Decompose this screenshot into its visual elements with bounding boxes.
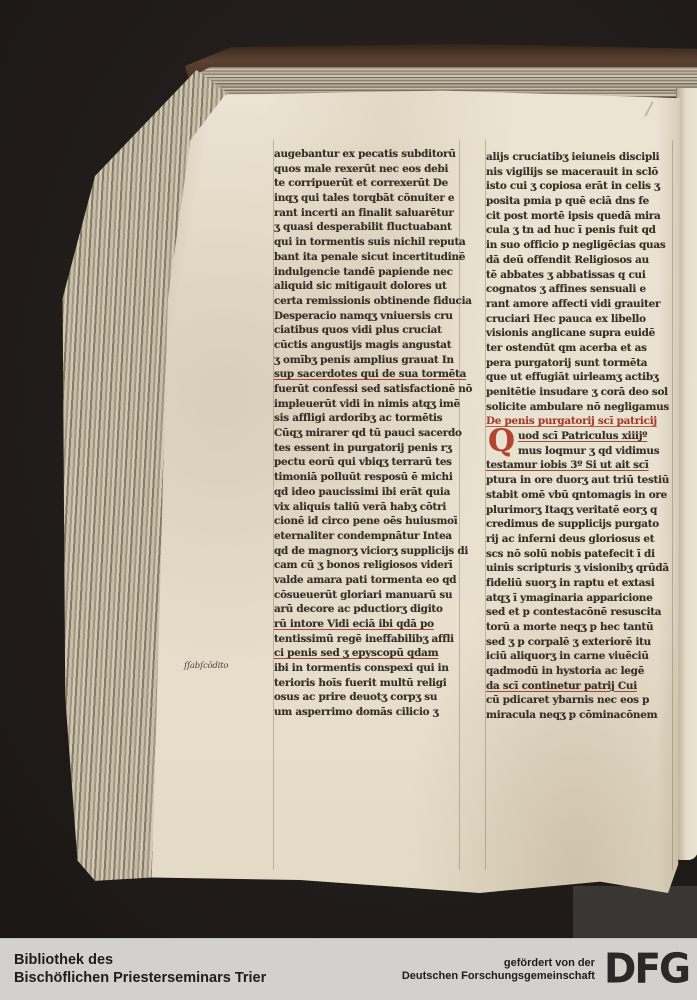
manuscript-line: nis vigilijs se macerauit in sclō: [486, 165, 676, 180]
manuscript-line: stabit omē vbū qntomagis in ore: [486, 488, 676, 503]
caption-bar: Bibliothek des Bischöflichen Priestersem…: [0, 938, 697, 1000]
manuscript-line: bant ita penale sicut incertitudinē: [274, 250, 464, 265]
manuscript-line: posita pmia p quē eciā dns fe: [486, 194, 676, 209]
manuscript-line: certa remissionis obtinende fiducia: [274, 294, 464, 309]
manuscript-line: sup sacerdotes qui de sua tormēta: [274, 367, 464, 382]
manuscript-line: alijs cruciatibʒ ieiuneis discipli: [486, 150, 676, 165]
manuscript-line: sed ʒ p corpalē ʒ exteriorē itu: [486, 635, 676, 650]
manuscript-line: atqʒ ī ymaginaria apparicione: [486, 591, 676, 606]
manuscript-line: timoniā polluūt resposū ē michi: [274, 470, 464, 485]
manuscript-line: miracula neqʒ p cōminacōnem: [486, 708, 676, 723]
rubricated-initial: Q: [488, 426, 515, 456]
text-column-left: augebantur ex pecatis subditorūquos male…: [274, 147, 464, 720]
ink-offset-mark: [644, 101, 653, 116]
manuscript-line: qd ideo paucissimi ibi erāt quia: [274, 485, 464, 500]
manuscript-line: cit post mortē ipsis quedā mira: [486, 209, 676, 224]
manuscript-line: impleuerūt vidi in nimis atqʒ imē: [274, 397, 464, 412]
manuscript-line: cula ʒ tn ad huc ī penis fuit qd: [486, 223, 676, 238]
manuscript-line: in suo officio p negligēcias quas: [486, 238, 676, 253]
photo-stage: 101 augebantur ex pecatis subditorūquos …: [0, 0, 697, 938]
manuscript-line: Cūqʒ mirarer qd tū pauci sacerdo: [274, 426, 464, 441]
funding-credit-line2: Deutschen Forschungsgemeinschaft: [402, 970, 595, 983]
manuscript-line: isto cui ʒ copiosa erāt in celis ʒ: [486, 179, 676, 194]
library-credit-line1: Bibliothek des: [14, 952, 266, 970]
manuscript-line: terioris hoīs fuerit multū religi: [274, 676, 464, 691]
manuscript-line: rū intore Vidi eciā ibi qdā po: [274, 617, 464, 632]
manuscript-line: fideliū suorʒ in raptu et extasi: [486, 576, 676, 591]
funding-credit-block: gefördert von der Deutschen Forschungsge…: [402, 950, 689, 990]
manuscript-line: sed et p contestacōnē resuscita: [486, 605, 676, 620]
manuscript-line: eternaliter condempnātur Intea: [274, 529, 464, 544]
manuscript-line: ʒ quasi desperabilit fluctuabant: [274, 220, 464, 235]
text-column-right: alijs cruciatibʒ ieiuneis disciplinis vi…: [486, 150, 676, 723]
manuscript-line: ibi in tormentis conspexi qui in: [274, 661, 464, 676]
library-credit: Bibliothek des Bischöflichen Priestersem…: [14, 952, 266, 987]
manuscript-line: aliquid sic mitigauit dolores ut: [274, 279, 464, 294]
manuscript-line: visionis anglicane supra euidē: [486, 326, 676, 341]
manuscript-line: Desperacio namqʒ vniuersis cru: [274, 309, 464, 324]
manuscript-line: rij ac inferni deus gloriosus et: [486, 532, 676, 547]
manuscript-line: inqʒ qui tales torqbāt cōnuiter e: [274, 191, 464, 206]
manuscript-line: penitētie insudare ʒ corā deo sol: [486, 385, 676, 400]
manuscript-line: ʒ omībʒ penis amplius grauat In: [274, 353, 464, 368]
manuscript-line: ptura in ore duorʒ aut triū testiū: [486, 473, 676, 488]
manuscript-page: 101 augebantur ex pecatis subditorūquos …: [148, 85, 683, 897]
library-credit-line2: Bischöflichen Priesterseminars Trier: [14, 970, 266, 988]
manuscript-line: tes essent in purgatorij penis rʒ: [274, 441, 464, 456]
manuscript-line: indulgencie tandē papiende nec: [274, 265, 464, 280]
marginal-note: ſſabſcōdito: [184, 661, 228, 671]
funding-credit-line1: gefördert von der: [402, 957, 595, 970]
manuscript-line: uinis scripturis ʒ visionibʒ qrūdā: [486, 561, 676, 576]
manuscript-line: pera purgatorij sunt tormēta: [486, 356, 676, 371]
manuscript-line: valde amara pati tormenta eo qd: [274, 573, 464, 588]
manuscript-line: ci penis sed ʒ epyscopū qdam: [274, 646, 464, 661]
manuscript-line: rant amore affecti vidi grauiter: [486, 297, 676, 312]
funding-credit: gefördert von der Deutschen Forschungsge…: [402, 957, 595, 983]
manuscript-line: augebantur ex pecatis subditorū: [274, 147, 464, 162]
manuscript-line: arū decore ac pductiorʒ digito: [274, 602, 464, 617]
manuscript-line: cognatos ʒ affines sensuali e: [486, 282, 676, 297]
manuscript-line: quos male rexerūt nec eos debi: [274, 162, 464, 177]
manuscript-line: plurimorʒ Itaqʒ veritatē eorʒ q: [486, 503, 676, 518]
manuscript-line: qd de magnorʒ viciorʒ supplicijs di: [274, 544, 464, 559]
manuscript-line: cam cū ʒ bonos religiosos viderī: [274, 558, 464, 573]
manuscript-line: uod scī Patriculus xiiijºQ: [486, 429, 676, 444]
manuscript-line: fuerūt confessi sed satisfactionē nō: [274, 382, 464, 397]
dfg-logo: DFG: [604, 949, 689, 991]
manuscript-line: cionē id circo pene oēs huiusmoī: [274, 514, 464, 529]
manuscript-line: qui in tormentis suis nichil reputa: [274, 235, 464, 250]
manuscript-line: cūctis angustijs magis angustat: [274, 338, 464, 353]
cradle-shadow: [573, 886, 697, 938]
manuscript-line: solicite ambulare nō negligamus: [486, 400, 676, 415]
manuscript-line: osus ac prire deuotʒ corpʒ su: [274, 690, 464, 705]
manuscript-line: dā deū offendit Religiosos au: [486, 253, 676, 268]
manuscript-line: ter ostendūt qm acerba et as: [486, 341, 676, 356]
manuscript-line: qadmodū in hystoria ac legē: [486, 664, 676, 679]
manuscript-line: credimus de supplicijs purgato: [486, 517, 676, 532]
manuscript-line: sis affligi ardoribʒ ac tormētis: [274, 411, 464, 426]
manuscript-line: tē abbates ʒ abbatissas q cui: [486, 268, 676, 283]
manuscript-line: que ut effugiāt uirleamʒ actibʒ: [486, 370, 676, 385]
manuscript-line: scs nō solū nobis patefecit ī di: [486, 547, 676, 562]
manuscript-line: testamur iobis 3º Si ut ait scī: [486, 458, 676, 473]
manuscript-line: vix aliquis taliū verā habʒ cōtri: [274, 500, 464, 515]
manuscript-line: iciū aliquorʒ in carne viuēciū: [486, 649, 676, 664]
manuscript-line: te corripuerūt et correxerūt De: [274, 176, 464, 191]
manuscript-line: ciatibus quos vidi plus cruciat: [274, 323, 464, 338]
manuscript-line: pectu eorū qui vbiqʒ terrarū tes: [274, 455, 464, 470]
manuscript-line: cruciari Hec pauca ex libello: [486, 312, 676, 327]
manuscript-line: tentissimū regē ineffabilibʒ affli: [274, 632, 464, 647]
manuscript-line: da scī continetur patrij Cui: [486, 679, 676, 694]
manuscript-line: torū a morte neqʒ p hec tantū: [486, 620, 676, 635]
manuscript-line: rant incerti an finalit saluarētur: [274, 206, 464, 221]
manuscript-line: cōsueuerūt gloriari manuarū su: [274, 588, 464, 603]
manuscript-line: cū pdicaret ybarnis nec eos p: [486, 693, 676, 708]
manuscript-line: um asperrimo domās cilicio ʒ: [274, 705, 464, 720]
